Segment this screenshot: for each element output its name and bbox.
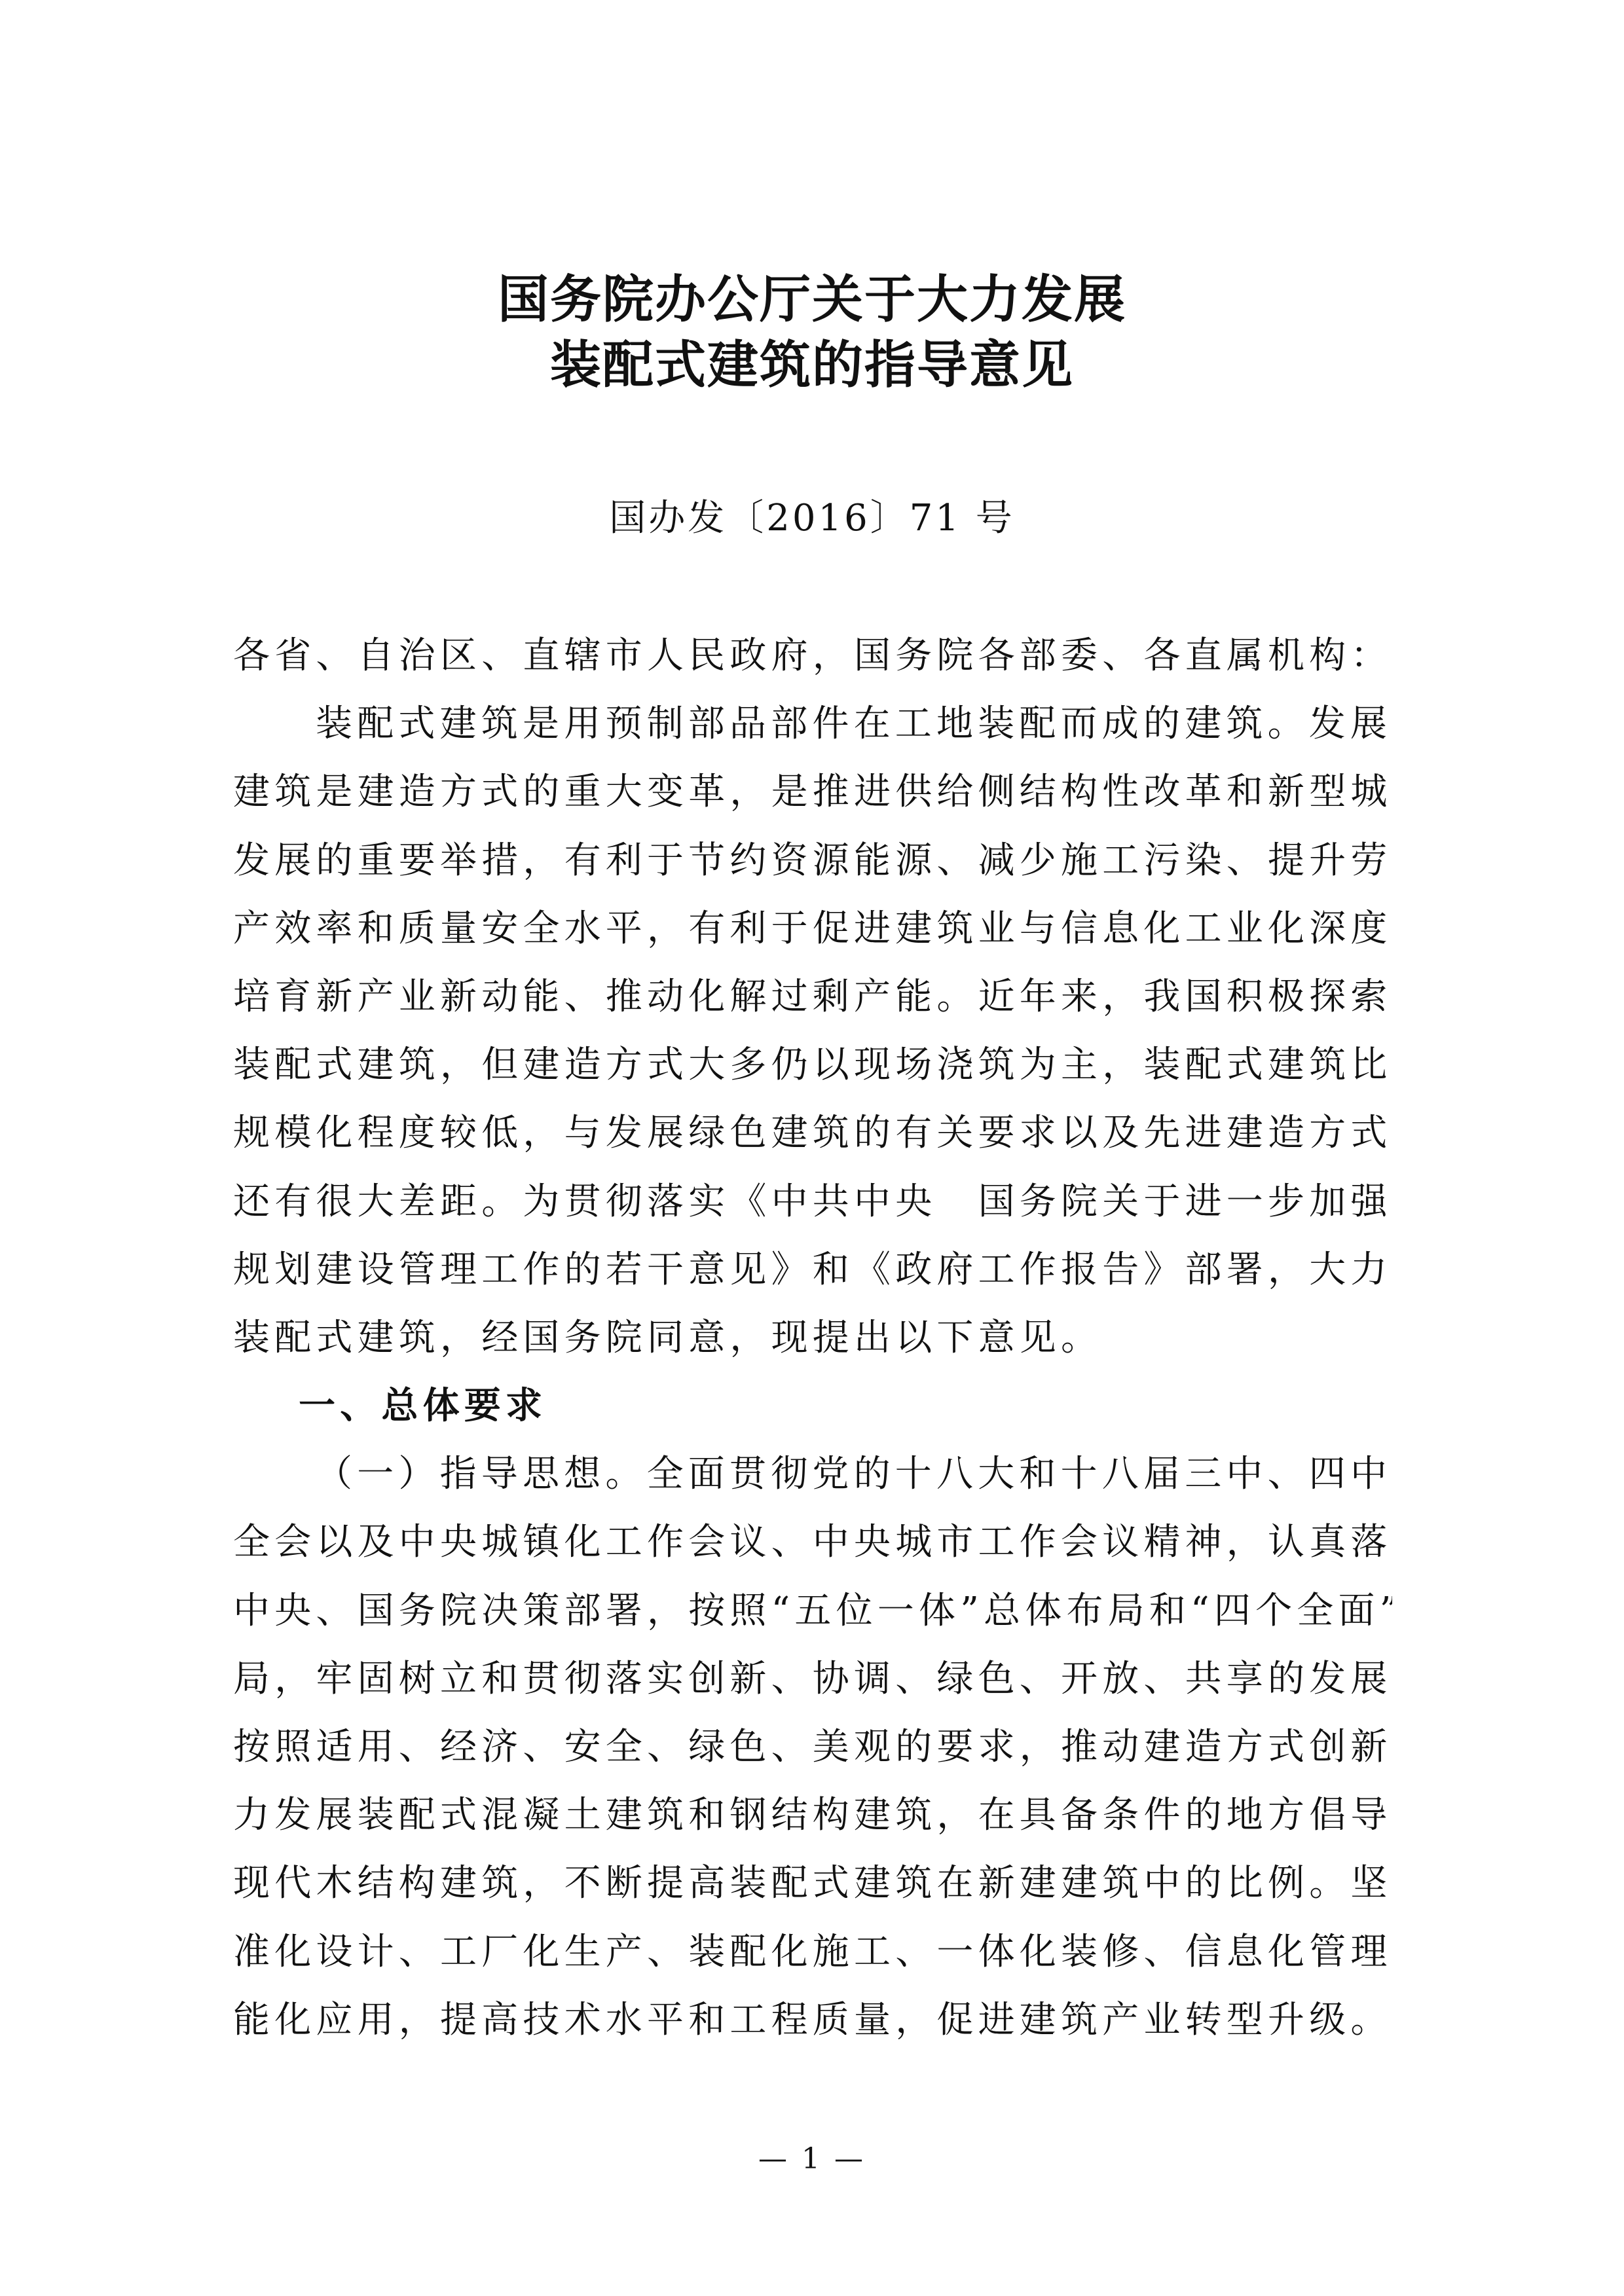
paragraph-line: 规模化程度较低，与发展绿色建筑的有关要求以及先进建造方式相比 xyxy=(233,1099,1392,1167)
paragraph-line: 规划建设管理工作的若干意见》和《政府工作报告》部署，大力发展 xyxy=(233,1236,1392,1304)
paragraph-1: 装配式建筑是用预制部品部件在工地装配而成的建筑。发展装配式 建筑是建造方式的重大… xyxy=(233,690,1392,1372)
paragraph-2: （一）指导思想。全面贯彻党的十八大和十八届三中、四中、五中 全会以及中央城镇化工… xyxy=(233,1440,1392,2054)
paragraph-line: 能化应用，提高技术水平和工程质量，促进建筑产业转型升级。 xyxy=(233,1986,1392,2054)
paragraph-line: 全会以及中央城镇化工作会议、中央城市工作会议精神，认真落实党 xyxy=(233,1508,1392,1576)
paragraph-line: 产效率和质量安全水平，有利于促进建筑业与信息化工业化深度融合、 xyxy=(233,895,1392,963)
section-heading: 一、总体要求 xyxy=(233,1372,1392,1440)
document-body: 各省、自治区、直辖市人民政府，国务院各部委、各直属机构： 装配式建筑是用预制部品… xyxy=(233,622,1392,2054)
paragraph-line: 还有很大差距。为贯彻落实《中共中央 国务院关于进一步加强城市 xyxy=(233,1168,1392,1236)
paragraph-line: 按照适用、经济、安全、绿色、美观的要求，推动建造方式创新，大 xyxy=(233,1713,1392,1781)
paragraph-line: 发展的重要举措，有利于节约资源能源、减少施工污染、提升劳动生 xyxy=(233,827,1392,895)
addressee: 各省、自治区、直辖市人民政府，国务院各部委、各直属机构： xyxy=(233,622,1392,690)
paragraph-line: 装配式建筑，但建造方式大多仍以现场浇筑为主，装配式建筑比例和 xyxy=(233,1031,1392,1099)
paragraph-line: 力发展装配式混凝土建筑和钢结构建筑，在具备条件的地方倡导发展 xyxy=(233,1781,1392,1850)
document-title-line-2: 装配式建筑的指导意见 xyxy=(0,333,1624,398)
document-title-line-1: 国务院办公厅关于大力发展 xyxy=(0,267,1624,333)
paragraph-line: 装配式建筑，经国务院同意，现提出以下意见。 xyxy=(233,1304,1392,1372)
paragraph-line: 局，牢固树立和贯彻落实创新、协调、绿色、开放、共享的发展理念， xyxy=(233,1645,1392,1713)
paragraph-line: （一）指导思想。全面贯彻党的十八大和十八届三中、四中、五中 xyxy=(233,1440,1392,1508)
document-number: 国办发〔2016〕71 号 xyxy=(0,492,1624,545)
paragraph-line: 现代木结构建筑，不断提高装配式建筑在新建建筑中的比例。坚持标 xyxy=(233,1850,1392,1918)
paragraph-line: 培育新产业新动能、推动化解过剩产能。近年来，我国积极探索发展 xyxy=(233,963,1392,1031)
page-number: — 1 — xyxy=(0,2140,1624,2179)
paragraph-line: 装配式建筑是用预制部品部件在工地装配而成的建筑。发展装配式 xyxy=(233,690,1392,758)
document-page: 国务院办公厅关于大力发展 装配式建筑的指导意见 国办发〔2016〕71 号 各省… xyxy=(0,0,1624,2296)
paragraph-line: 准化设计、工厂化生产、装配化施工、一体化装修、信息化管理、智 xyxy=(233,1918,1392,1986)
paragraph-line: 建筑是建造方式的重大变革，是推进供给侧结构性改革和新型城镇化 xyxy=(233,758,1392,826)
paragraph-line: 中央、国务院决策部署，按照“五位一体”总体布局和“四个全面”战略布 xyxy=(233,1577,1392,1645)
